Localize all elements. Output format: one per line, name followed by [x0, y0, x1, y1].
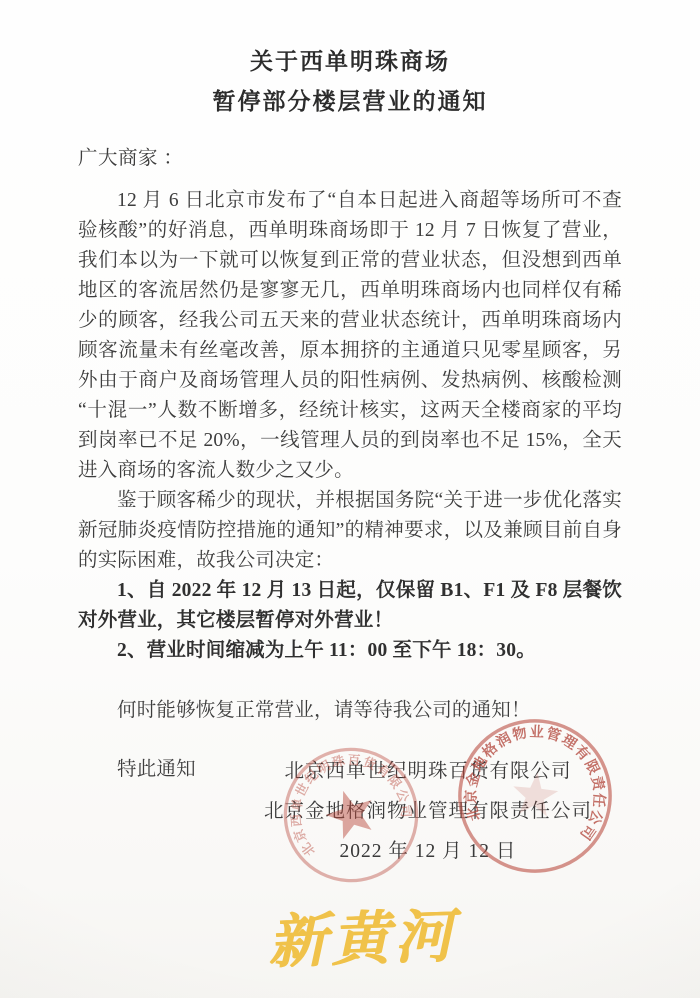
notice-title-line1: 关于西单明珠商场	[0, 42, 700, 82]
notice-title: 关于西单明珠商场 暂停部分楼层营业的通知	[0, 0, 700, 122]
notice-paragraph: 何时能够恢复正常营业，请等待我公司的通知！	[78, 696, 622, 726]
notice-document-photo: 关于西单明珠商场 暂停部分楼层营业的通知 广大商家 ： 12 月 6 日北京市发…	[0, 0, 700, 998]
notice-paragraph: 12 月 6 日北京市发布了“自本日起进入商超等场所可不查验核酸”的好消息，西单…	[78, 186, 622, 486]
notice-paragraph: 鉴于顾客稀少的现状，并根据国务院“关于进一步优化落实新冠肺炎疫情防控措施的通知”…	[78, 486, 622, 576]
notice-paragraph: 1、自 2022 年 12 月 13 日起，仅保留 B1、F1 及 F8 层餐饮…	[78, 576, 622, 636]
notice-title-line2: 暂停部分楼层营业的通知	[0, 82, 700, 122]
notice-body: 广大商家 ： 12 月 6 日北京市发布了“自本日起进入商超等场所可不查验核酸”…	[0, 144, 700, 785]
signature-block: 北京西单世纪明珠百货有限公司 北京金地格润物业管理有限责任公司 2022 年 1…	[158, 752, 698, 872]
signature-company-1: 北京西单世纪明珠百货有限公司	[158, 752, 698, 792]
notice-paragraph: 2、营业时间缩减为上午 11：00 至下午 18：30。	[78, 636, 622, 666]
notice-paragraphs: 12 月 6 日北京市发布了“自本日起进入商超等场所可不查验核酸”的好消息，西单…	[78, 186, 622, 785]
salutation: 广大商家 ：	[78, 144, 622, 174]
xinhuanghe-watermark-logo: 新黄河	[267, 895, 459, 986]
signature-date: 2022 年 12 月 12 日	[158, 832, 698, 872]
signature-company-2: 北京金地格润物业管理有限责任公司	[158, 792, 698, 832]
